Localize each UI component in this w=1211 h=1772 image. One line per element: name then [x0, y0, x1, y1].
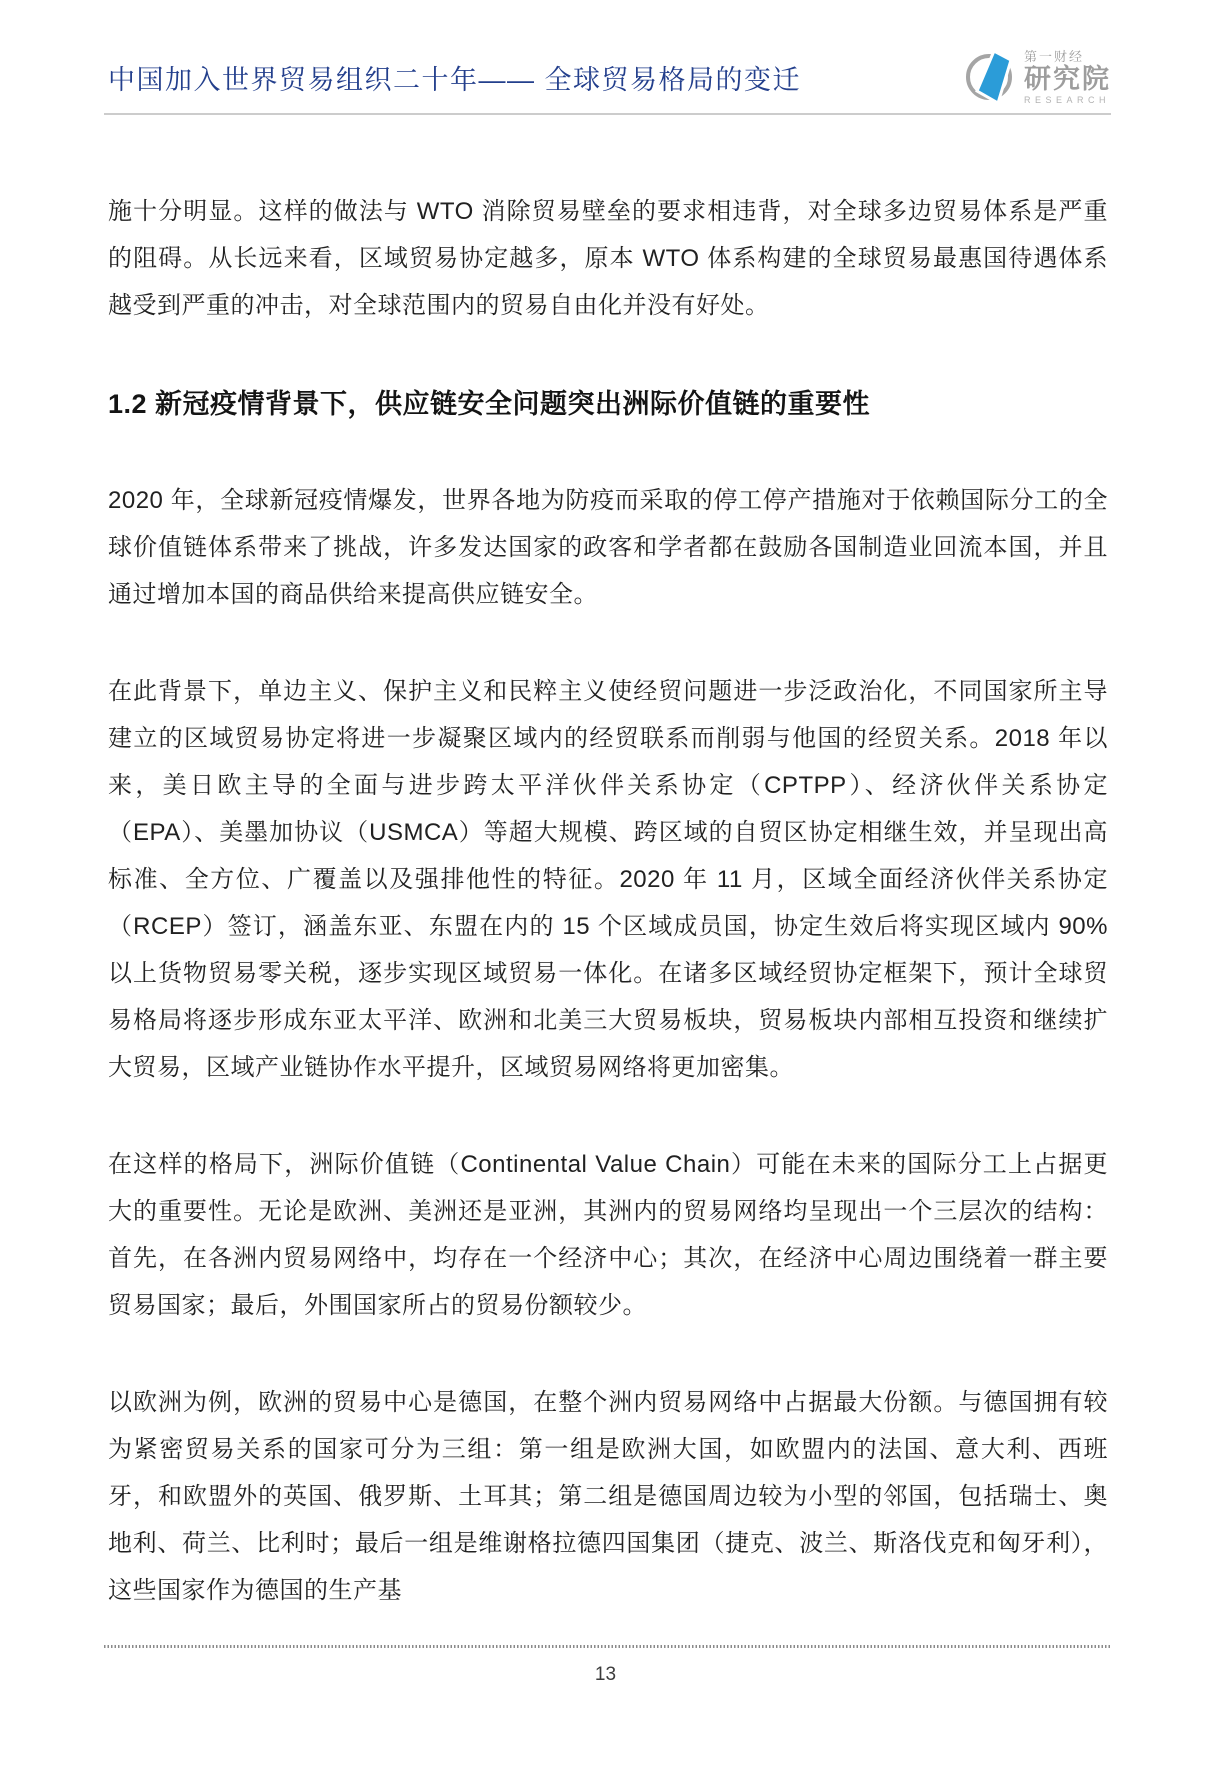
page-number: 13	[0, 1664, 1211, 1686]
logo-research-text: RESEARCH	[1024, 96, 1111, 105]
yicai-circle-flag-icon	[965, 48, 1017, 106]
footer-divider	[104, 1645, 1111, 1648]
paragraph-regional-agreements: 在此背景下，单边主义、保护主义和民粹主义使经贸问题进一步泛政治化，不同国家所主导…	[108, 668, 1108, 1091]
paragraph-covid-supply-chain: 2020 年，全球新冠疫情爆发，世界各地为防疫而采取的停工停产措施对于依赖国际分…	[108, 477, 1108, 618]
logo-wordmark: 第一财经 研究院 RESEARCH	[1024, 50, 1111, 105]
paragraph-rta-drawbacks: 施十分明显。这样的做法与 WTO 消除贸易壁垒的要求相违背，对全球多边贸易体系是…	[108, 188, 1108, 329]
logo-brand-text: 第一财经	[1024, 50, 1111, 63]
document-body: 施十分明显。这样的做法与 WTO 消除贸易壁垒的要求相违背，对全球多边贸易体系是…	[0, 115, 1211, 1614]
paragraph-europe-example: 以欧洲为例，欧洲的贸易中心是德国，在整个洲内贸易网络中占据最大份额。与德国拥有较…	[108, 1379, 1108, 1614]
logo-institute-text: 研究院	[1024, 66, 1111, 93]
document-title: 中国加入世界贸易组织二十年—— 全球贸易格局的变迁	[108, 42, 801, 97]
document-page: 中国加入世界贸易组织二十年—— 全球贸易格局的变迁 第一财经 研究院 RESEA…	[0, 0, 1211, 1772]
page-header: 中国加入世界贸易组织二十年—— 全球贸易格局的变迁 第一财经 研究院 RESEA…	[0, 0, 1211, 113]
section-heading-1-2: 1.2 新冠疫情背景下，供应链安全问题突出洲际价值链的重要性	[108, 379, 1108, 429]
page-footer: 13	[0, 1645, 1211, 1686]
yicai-research-logo: 第一财经 研究院 RESEARCH	[965, 42, 1111, 106]
paragraph-continental-value-chain: 在这样的格局下，洲际价值链（Continental Value Chain）可能…	[108, 1141, 1108, 1329]
